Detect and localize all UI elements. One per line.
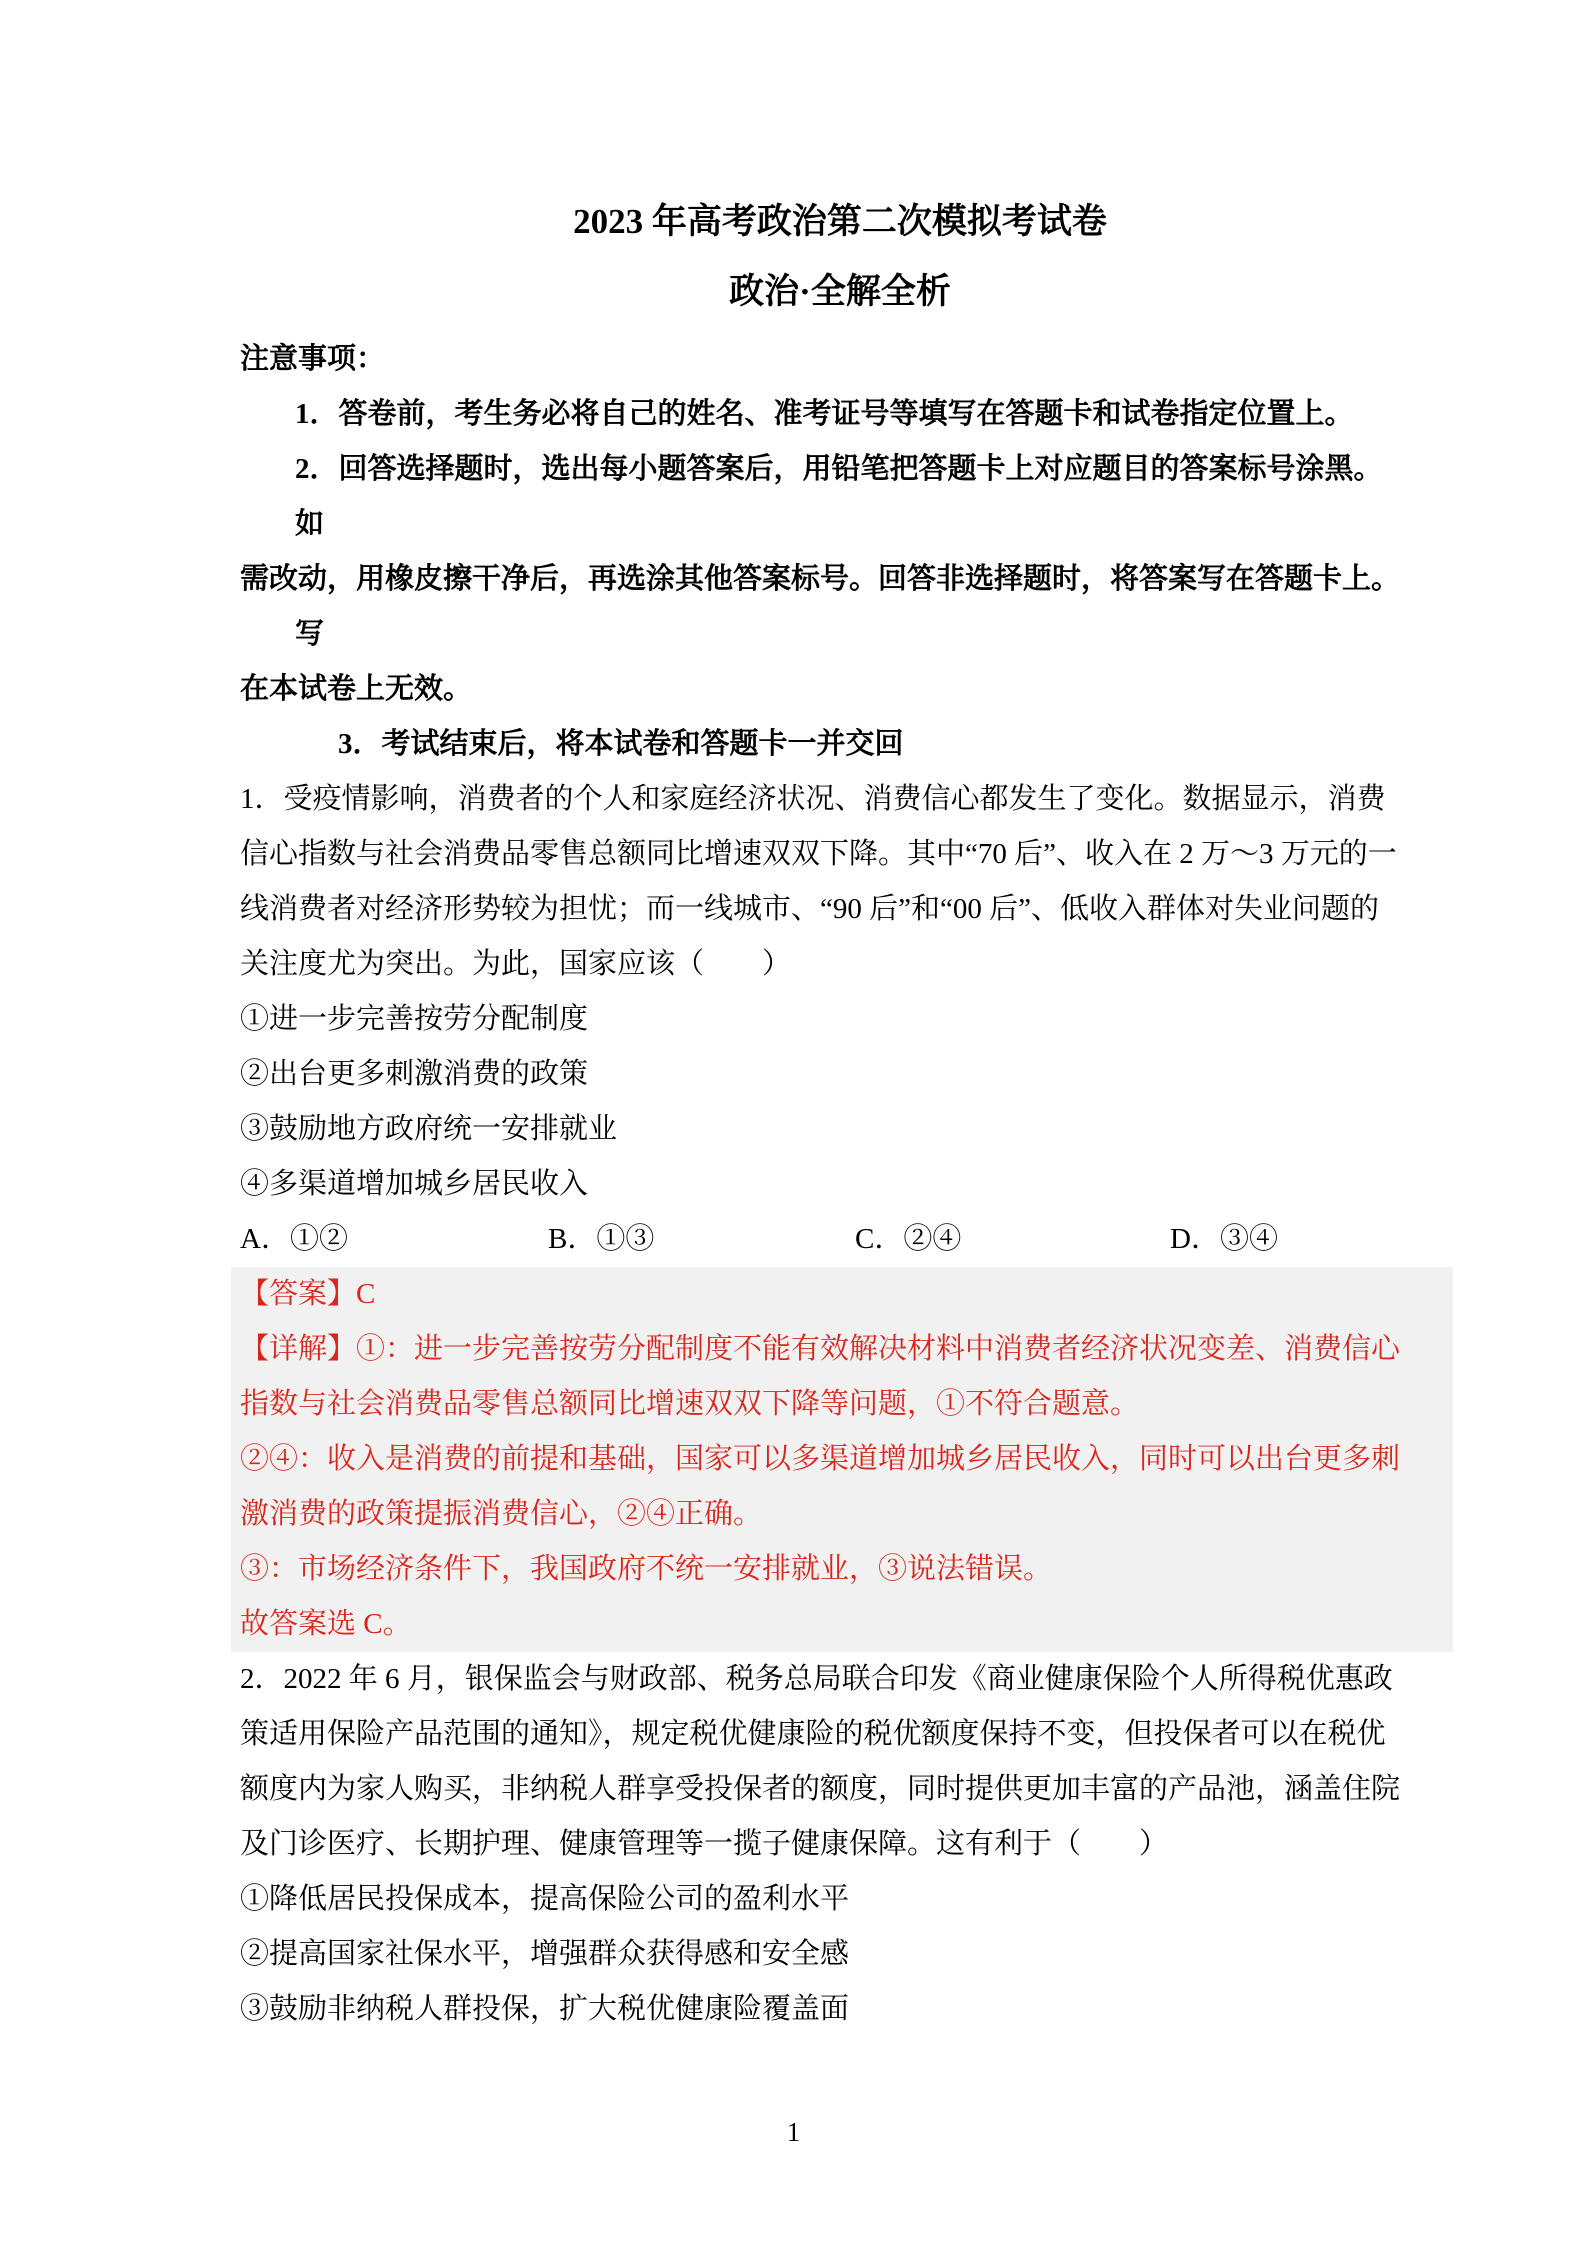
page-subtitle: 政治·全解全析	[240, 257, 1440, 327]
explanation-line: 故答案选 C。	[240, 1597, 1440, 1652]
question1-choice-c: C．②④	[855, 1212, 961, 1267]
question1-stem-line: 线消费者对经济形势较为担忧；而一线城市、“90 后”和“00 后”、低收入群体对…	[240, 882, 1440, 937]
question1-stem-line: 信心指数与社会消费品零售总额同比增速双双下降。其中“70 后”、收入在 2 万～…	[240, 827, 1440, 882]
document-content: 2023 年高考政治第二次模拟考试卷 政治·全解全析 注意事项： 1．答卷前，考…	[240, 187, 1440, 2037]
question1-item-4: ④多渠道增加城乡居民收入	[240, 1157, 1440, 1212]
question1-choice-a: A．①②	[240, 1212, 348, 1267]
question1-choice-b: B．①③	[548, 1212, 654, 1267]
question1-choices-row: A．①② B．①③ C．②④ D．③④	[240, 1212, 1440, 1267]
question2-item-1: ①降低居民投保成本，提高保险公司的盈利水平	[240, 1872, 1440, 1927]
explanation-line: 【详解】①：进一步完善按劳分配制度不能有效解决材料中消费者经济状况变差、消费信心	[240, 1322, 1440, 1377]
notice-line-2-cont: 需改动，用橡皮擦干净后，再选涂其他答案标号。回答非选择题时，将答案写在答题卡上。	[240, 552, 1440, 607]
question1-item-3: ③鼓励地方政府统一安排就业	[240, 1102, 1440, 1157]
notice-heading: 注意事项：	[240, 332, 1440, 387]
question2-stem-line: 及门诊医疗、长期护理、健康管理等一揽子健康保障。这有利于（ ）	[240, 1817, 1440, 1872]
notice-line-3: 3．考试结束后，将本试卷和答题卡一并交回	[240, 717, 1440, 772]
document-body: 注意事项： 1．答卷前，考生务必将自己的姓名、准考证号等填写在答题卡和试卷指定位…	[240, 332, 1440, 2037]
exam-document-page: 2023 年高考政治第二次模拟考试卷 政治·全解全析 注意事项： 1．答卷前，考…	[0, 0, 1587, 2245]
question1-stem-line: 关注度尤为突出。为此，国家应该（ ）	[240, 937, 1440, 992]
page-number: 1	[0, 2112, 1587, 2152]
question1-answer-block: 【答案】C 【详解】①：进一步完善按劳分配制度不能有效解决材料中消费者经济状况变…	[231, 1267, 1453, 1652]
notice-line-2-cont2: 在本试卷上无效。	[240, 662, 1440, 717]
explanation-line: ②④：收入是消费的前提和基础，国家可以多渠道增加城乡居民收入，同时可以出台更多刺	[240, 1432, 1440, 1487]
answer-line: 【答案】C	[240, 1267, 1440, 1322]
explanation-line: ③：市场经济条件下，我国政府不统一安排就业，③说法错误。	[240, 1542, 1440, 1597]
notice-line-2-wrap: 如	[240, 497, 1440, 552]
question1-choice-d: D．③④	[1170, 1212, 1278, 1267]
question2-item-3: ③鼓励非纳税人群投保，扩大税优健康险覆盖面	[240, 1982, 1440, 2037]
page-title: 2023 年高考政治第二次模拟考试卷	[240, 187, 1440, 257]
notice-line-2: 2．回答选择题时，选出每小题答案后，用铅笔把答题卡上对应题目的答案标号涂黑。	[240, 442, 1440, 497]
explanation-line: 激消费的政策提振消费信心，②④正确。	[240, 1487, 1440, 1542]
question2-stem-line: 策适用保险产品范围的通知》，规定税优健康险的税优额度保持不变，但投保者可以在税优	[240, 1707, 1440, 1762]
question2-stem-line: 2．2022 年 6 月，银保监会与财政部、税务总局联合印发《商业健康保险个人所…	[240, 1652, 1440, 1707]
explanation-line: 指数与社会消费品零售总额同比增速双双下降等问题，①不符合题意。	[240, 1377, 1440, 1432]
notice-line-2-wrap2: 写	[240, 607, 1440, 662]
question1-item-2: ②出台更多刺激消费的政策	[240, 1047, 1440, 1102]
question1-item-1: ①进一步完善按劳分配制度	[240, 992, 1440, 1047]
question2-item-2: ②提高国家社保水平，增强群众获得感和安全感	[240, 1927, 1440, 1982]
notice-line-1: 1．答卷前，考生务必将自己的姓名、准考证号等填写在答题卡和试卷指定位置上。	[240, 387, 1440, 442]
question1-stem-line: 1．受疫情影响，消费者的个人和家庭经济状况、消费信心都发生了变化。数据显示，消费	[240, 772, 1440, 827]
question2-stem-line: 额度内为家人购买，非纳税人群享受投保者的额度，同时提供更加丰富的产品池，涵盖住院	[240, 1762, 1440, 1817]
